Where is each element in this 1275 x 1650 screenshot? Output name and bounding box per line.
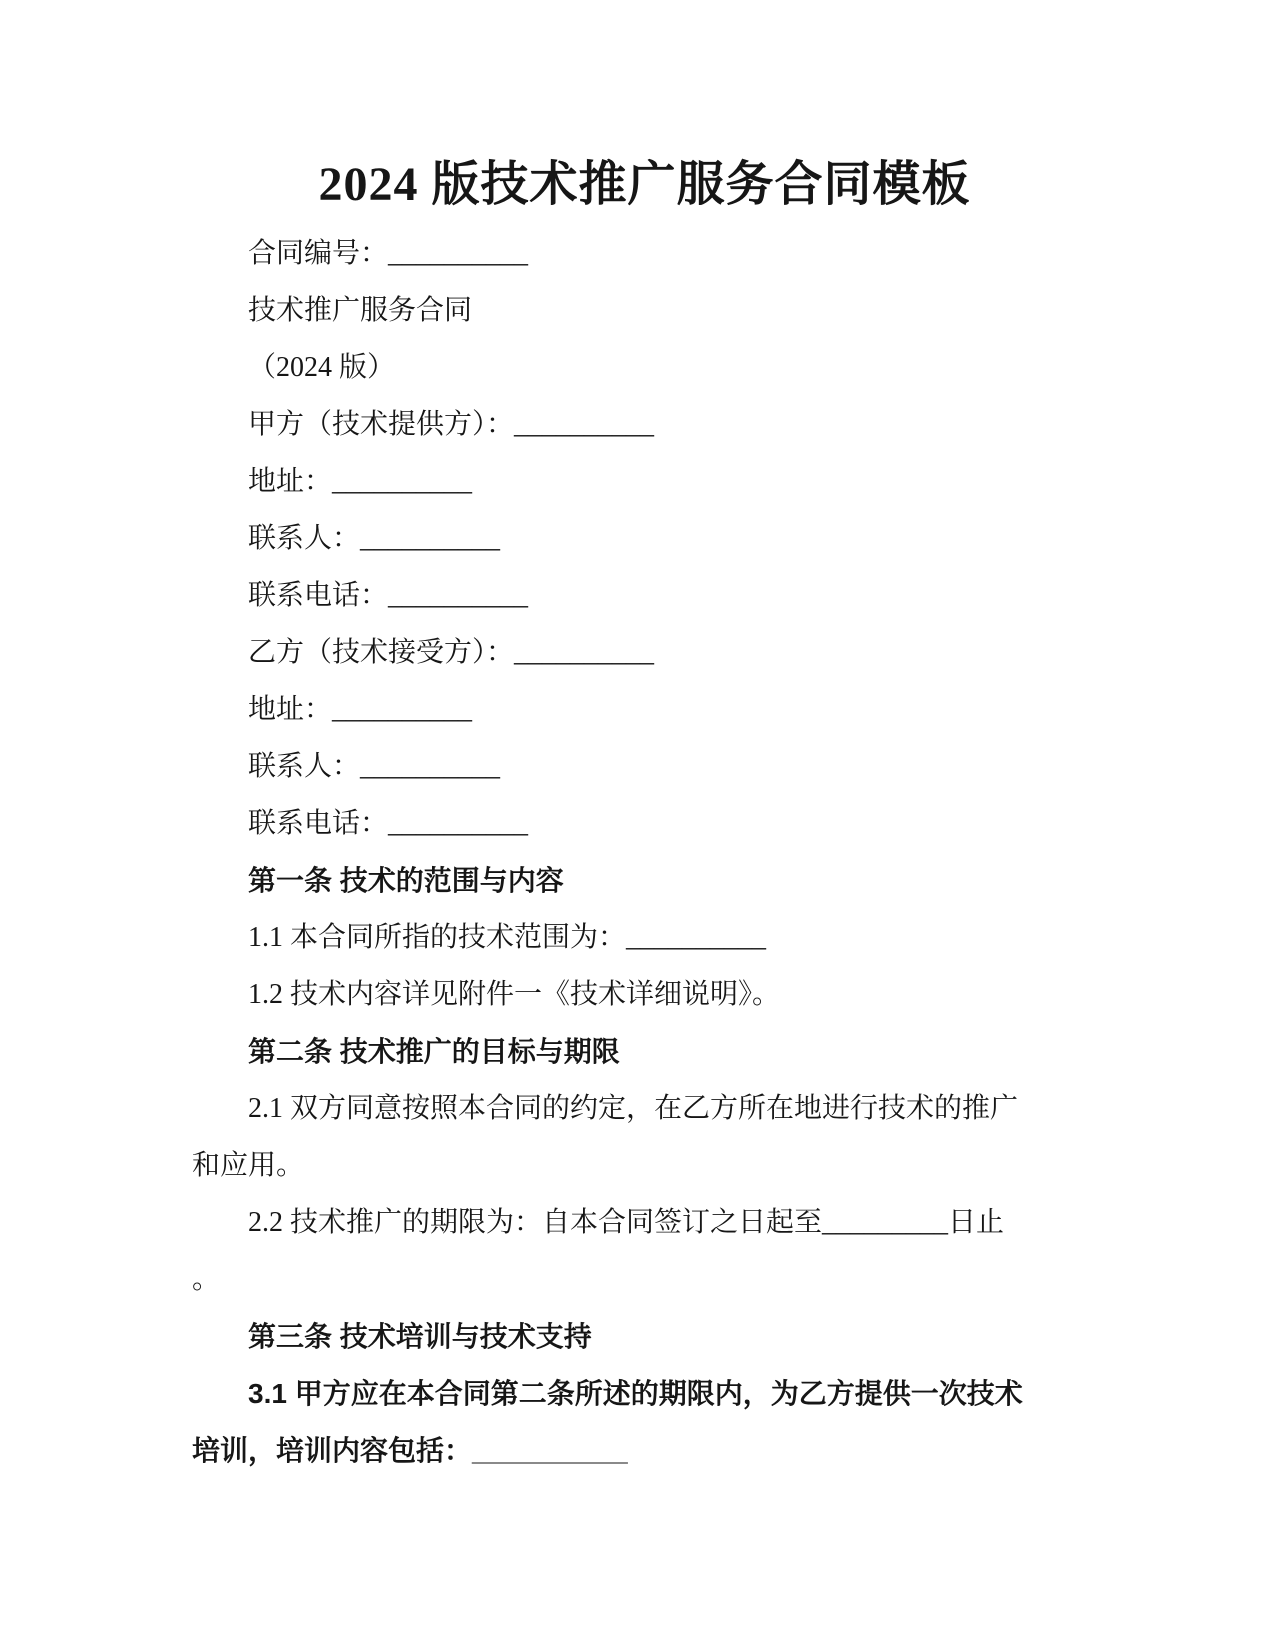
section-heading: 第三条 技术培训与技术支持 [192,1308,1097,1365]
contract-text-line: 甲方（技术提供方）：__________ [192,396,1097,453]
section-heading: 第二条 技术推广的目标与期限 [192,1023,1097,1080]
contract-text-line: （2024 版） [192,339,1097,396]
contract-text-line: 。 [192,1251,1097,1308]
contract-text-line: 联系电话：__________ [192,795,1097,852]
contract-text-line: 联系电话：__________ [192,567,1097,624]
contract-text-line: 1.2 技术内容详见附件一《技术详细说明》。 [192,966,1097,1023]
section-heading: 第一条 技术的范围与内容 [192,852,1097,909]
contract-text-line: 联系人：__________ [192,510,1097,567]
contract-text-line: 合同编号：__________ [192,225,1097,282]
contract-text-line: 培训，培训内容包括：__________ [192,1422,1097,1479]
contract-text-line: 1.1 本合同所指的技术范围为：__________ [192,909,1097,966]
document-body: 合同编号：__________技术推广服务合同（2024 版）甲方（技术提供方）… [192,225,1097,1479]
contract-text-line: 地址：__________ [192,453,1097,510]
contract-text-line: 技术推广服务合同 [192,282,1097,339]
contract-text-line: 乙方（技术接受方）：__________ [192,624,1097,681]
contract-text-line: 2.2 技术推广的期限为：自本合同签订之日起至_________日止 [192,1194,1097,1251]
contract-text-line: 3.1 甲方应在本合同第二条所述的期限内，为乙方提供一次技术 [192,1365,1097,1422]
document-title: 2024 版技术推广服务合同模板 [192,155,1097,215]
contract-text-line: 和应用。 [192,1137,1097,1194]
contract-text-line: 地址：__________ [192,681,1097,738]
contract-text-line: 联系人：__________ [192,738,1097,795]
contract-document-page: 2024 版技术推广服务合同模板 合同编号：__________技术推广服务合同… [0,0,1275,1650]
contract-text-line: 2.1 双方同意按照本合同的约定，在乙方所在地进行技术的推广 [192,1080,1097,1137]
